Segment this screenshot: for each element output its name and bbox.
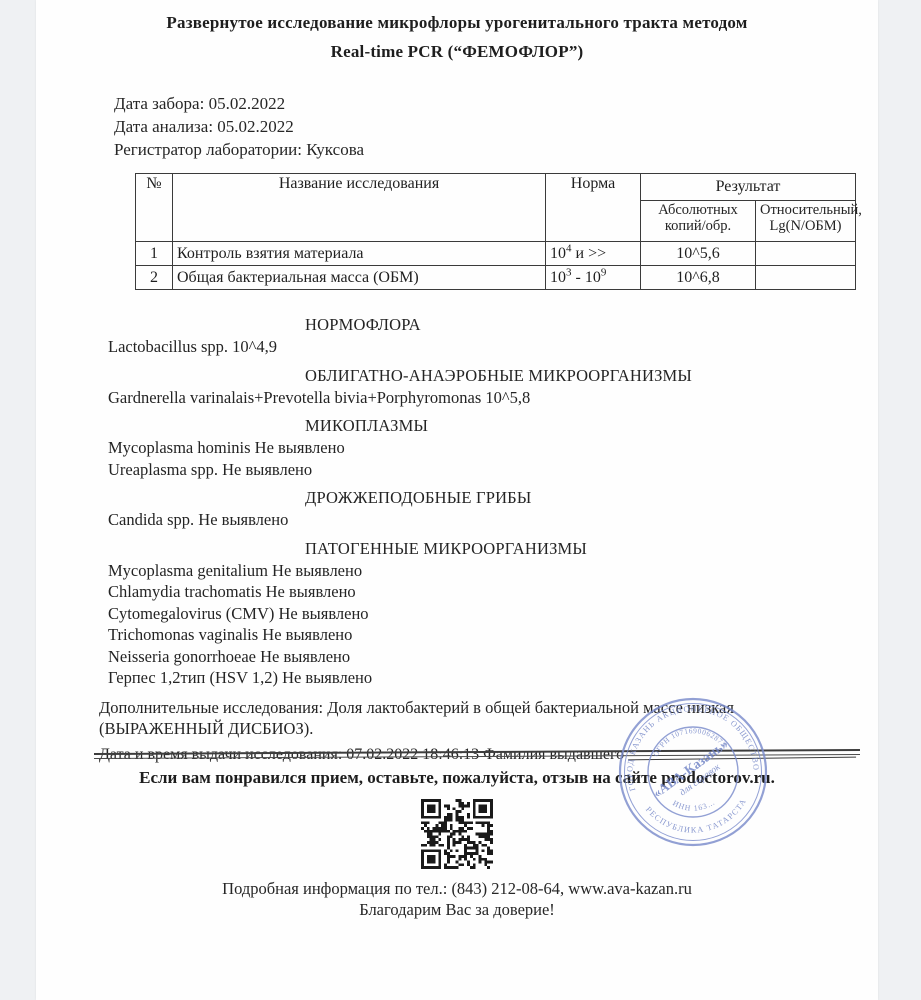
result-line: Chlamydia trachomatis Не выявлено bbox=[108, 581, 878, 603]
contact-info-line: Подробная информация по тел.: (843) 212-… bbox=[36, 879, 878, 899]
col-header-test-name: Название исследования bbox=[173, 174, 546, 242]
additional-findings-line2: (ВЫРАЖЕННЫЙ ДИСБИОЗ). bbox=[99, 718, 850, 740]
col-header-norm: Норма bbox=[546, 174, 641, 242]
col-header-number: № bbox=[136, 174, 173, 242]
sample-date: Дата забора: 05.02.2022 bbox=[114, 92, 878, 115]
absolute-result: 10^5,6 bbox=[641, 242, 756, 266]
norm-base: 10 bbox=[550, 245, 566, 262]
section-heading-yeast-fungi: ДРОЖЖЕПОДОБНЫЕ ГРИБЫ bbox=[305, 487, 878, 509]
report-footer: Если вам понравился прием, оставьте, пож… bbox=[36, 751, 878, 920]
norm-value: 104 и >> bbox=[546, 242, 641, 266]
report-page: Развернутое исследование микрофлоры урог… bbox=[36, 0, 878, 1000]
col-header-relative: Относительный, Lg(N/ОБМ) bbox=[756, 201, 856, 242]
norm-base: 10 bbox=[585, 269, 601, 286]
qr-code bbox=[421, 799, 493, 869]
section-heading-anaerobes: ОБЛИГАТНО-АНАЭРОБНЫЕ МИКРООРГАНИЗМЫ bbox=[305, 365, 878, 387]
col-header-absolute-copies: Абсолютных копий/обр. bbox=[641, 201, 756, 242]
result-line: Trichomonas vaginalis Не выявлено bbox=[108, 624, 878, 646]
result-line: Lactobacillus spp. 10^4,9 bbox=[108, 336, 878, 358]
section-heading-normoflora: НОРМОФЛОРА bbox=[305, 314, 878, 336]
review-request-line: Если вам понравился прием, оставьте, пож… bbox=[36, 768, 878, 788]
relative-result bbox=[756, 242, 856, 266]
result-line: Mycoplasma genitalium Не выявлено bbox=[108, 560, 878, 582]
norm-suffix: и >> bbox=[572, 245, 607, 262]
relative-result bbox=[756, 266, 856, 290]
test-name: Контроль взятия материала bbox=[173, 242, 546, 266]
row-number: 1 bbox=[136, 242, 173, 266]
norm-value: 103 - 109 bbox=[546, 266, 641, 290]
norm-separator: - bbox=[572, 269, 585, 286]
result-line: Gardnerella varinalais+Prevotella bivia+… bbox=[108, 387, 878, 409]
qr-code-wrap bbox=[36, 799, 878, 874]
additional-findings-line1: Дополнительные исследования: Доля лактоб… bbox=[99, 697, 850, 719]
section-heading-mycoplasma: МИКОПЛАЗМЫ bbox=[305, 415, 878, 437]
result-line: Mycoplasma hominis Не выявлено bbox=[108, 437, 878, 459]
lab-registrar: Регистратор лаборатории: Куксова bbox=[114, 138, 878, 161]
row-number: 2 bbox=[136, 266, 173, 290]
analysis-date: Дата анализа: 05.02.2022 bbox=[114, 115, 878, 138]
result-line: Cytomegalovirus (CMV) Не выявлено bbox=[108, 603, 878, 625]
table-row: 1 Контроль взятия материала 104 и >> 10^… bbox=[136, 242, 856, 266]
result-sections: НОРМОФЛОРА Lactobacillus spp. 10^4,9 ОБЛ… bbox=[36, 314, 878, 689]
report-title-line1: Развернутое исследование микрофлоры урог… bbox=[36, 0, 878, 33]
result-line: Ureaplasma spp. Не выявлено bbox=[108, 459, 878, 481]
test-name: Общая бактериальная масса (ОБМ) bbox=[173, 266, 546, 290]
result-line: Candida spp. Не выявлено bbox=[108, 509, 878, 531]
table-row: 2 Общая бактериальная масса (ОБМ) 103 - … bbox=[136, 266, 856, 290]
scanned-lab-report: { "header": { "title_line1": "Развернуто… bbox=[0, 0, 921, 1000]
norm-base: 10 bbox=[550, 269, 566, 286]
footer-divider-rule bbox=[94, 749, 860, 759]
report-meta: Дата забора: 05.02.2022 Дата анализа: 05… bbox=[114, 92, 878, 161]
section-heading-pathogens: ПАТОГЕННЫЕ МИКРООРГАНИЗМЫ bbox=[305, 538, 878, 560]
results-table: № Название исследования Норма Результат … bbox=[135, 173, 856, 290]
result-line: Neisseria gonorrhoeae Не выявлено bbox=[108, 646, 878, 668]
report-title-line2: Real-time PCR (“ФЕМОФЛОР”) bbox=[36, 42, 878, 62]
norm-exponent: 9 bbox=[601, 266, 607, 278]
col-header-result: Результат bbox=[641, 174, 856, 201]
absolute-result: 10^6,8 bbox=[641, 266, 756, 290]
additional-findings: Дополнительные исследования: Доля лактоб… bbox=[99, 697, 850, 740]
thanks-line: Благодарим Вас за доверие! bbox=[36, 900, 878, 920]
result-line: Герпес 1,2тип (HSV 1,2) Не выявлено bbox=[108, 667, 878, 689]
